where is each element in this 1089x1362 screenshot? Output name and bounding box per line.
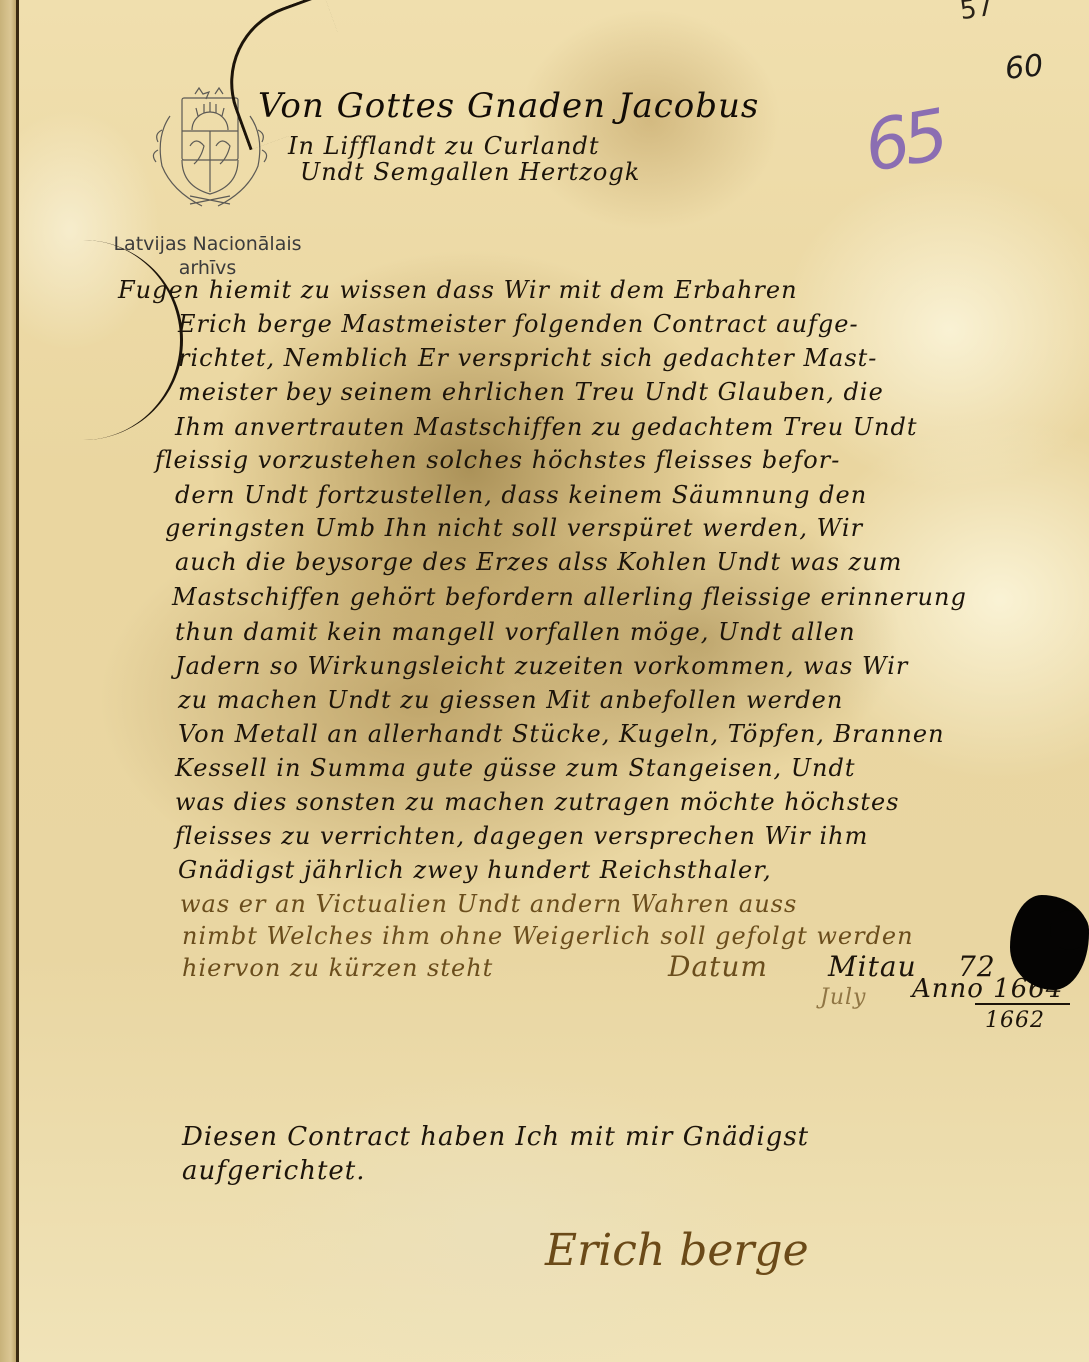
- datum-month: July: [820, 985, 866, 1010]
- body-line: fleissig vorzustehen solches höchstes fl…: [155, 446, 840, 474]
- signature: Erich berge: [545, 1225, 809, 1276]
- body-line: Ihm anvertrauten Mastschiffen zu gedacht…: [175, 413, 918, 441]
- body-line: meister bey seinem ehrlichen Treu Undt G…: [178, 378, 884, 406]
- body-line: was er an Victualien Undt andern Wahren …: [180, 890, 797, 918]
- acknowledgement-line-1: Diesen Contract haben Ich mit mir Gnädig…: [182, 1122, 809, 1152]
- binding-edge-line: [16, 0, 19, 1362]
- body-line: Erich berge Mastmeister folgenden Contra…: [178, 310, 859, 338]
- body-line: geringsten Umb Ihn nicht soll verspüret …: [165, 514, 863, 542]
- body-line: was dies sonsten zu machen zutragen möch…: [175, 788, 900, 816]
- body-line: nimbt Welches ihm ohne Weigerlich soll g…: [182, 922, 914, 950]
- body-line: Jadern so Wirkungsleicht zuzeiten vorkom…: [175, 652, 908, 680]
- body-line: Fugen hiemit zu wissen dass Wir mit dem …: [118, 276, 798, 304]
- acknowledgement-line-2: aufgerichtet.: [182, 1156, 366, 1186]
- title-line-1: In Lifflandt zu Curlandt: [288, 132, 600, 160]
- body-line: hiervon zu kürzen steht: [182, 954, 493, 982]
- body-line: auch die beysorge des Erzes alss Kohlen …: [175, 548, 902, 576]
- body-line: fleisses zu verrichten, dagegen versprec…: [175, 822, 868, 850]
- document-heading: Von Gottes Gnaden Jacobus: [258, 86, 759, 126]
- datum-place: Mitau: [828, 950, 917, 983]
- folio-number: 60: [1003, 48, 1045, 87]
- body-line: Kessell in Summa gute güsse zum Stangeis…: [175, 754, 856, 782]
- ink-blot-spot: [1050, 910, 1089, 950]
- datum-year-alt: 1662: [985, 1008, 1045, 1033]
- body-line: thun damit kein mangell vorfallen möge, …: [175, 618, 856, 646]
- datum-label: Datum: [668, 950, 768, 983]
- title-line-2: Undt Semgallen Hertzogk: [300, 158, 640, 186]
- body-line: Mastschiffen gehört befordern allerling …: [172, 583, 967, 611]
- archival-number-top: 57: [958, 0, 995, 26]
- body-line: zu machen Undt zu giessen Mit anbefollen…: [178, 686, 843, 714]
- body-line: Gnädigst jährlich zwey hundert Reichstha…: [178, 856, 772, 884]
- year-underline: [975, 1003, 1070, 1005]
- parchment-page: Latvijas Nacionālais arhīvs 57 60 65 Von…: [0, 0, 1089, 1362]
- body-line: dern Undt fortzustellen, dass keinem Säu…: [175, 481, 867, 509]
- purple-archive-number: 65: [858, 94, 948, 188]
- body-line: Von Metall an allerhandt Stücke, Kugeln,…: [178, 720, 945, 748]
- body-line: richtet, Nemblich Er verspricht sich ged…: [178, 344, 877, 372]
